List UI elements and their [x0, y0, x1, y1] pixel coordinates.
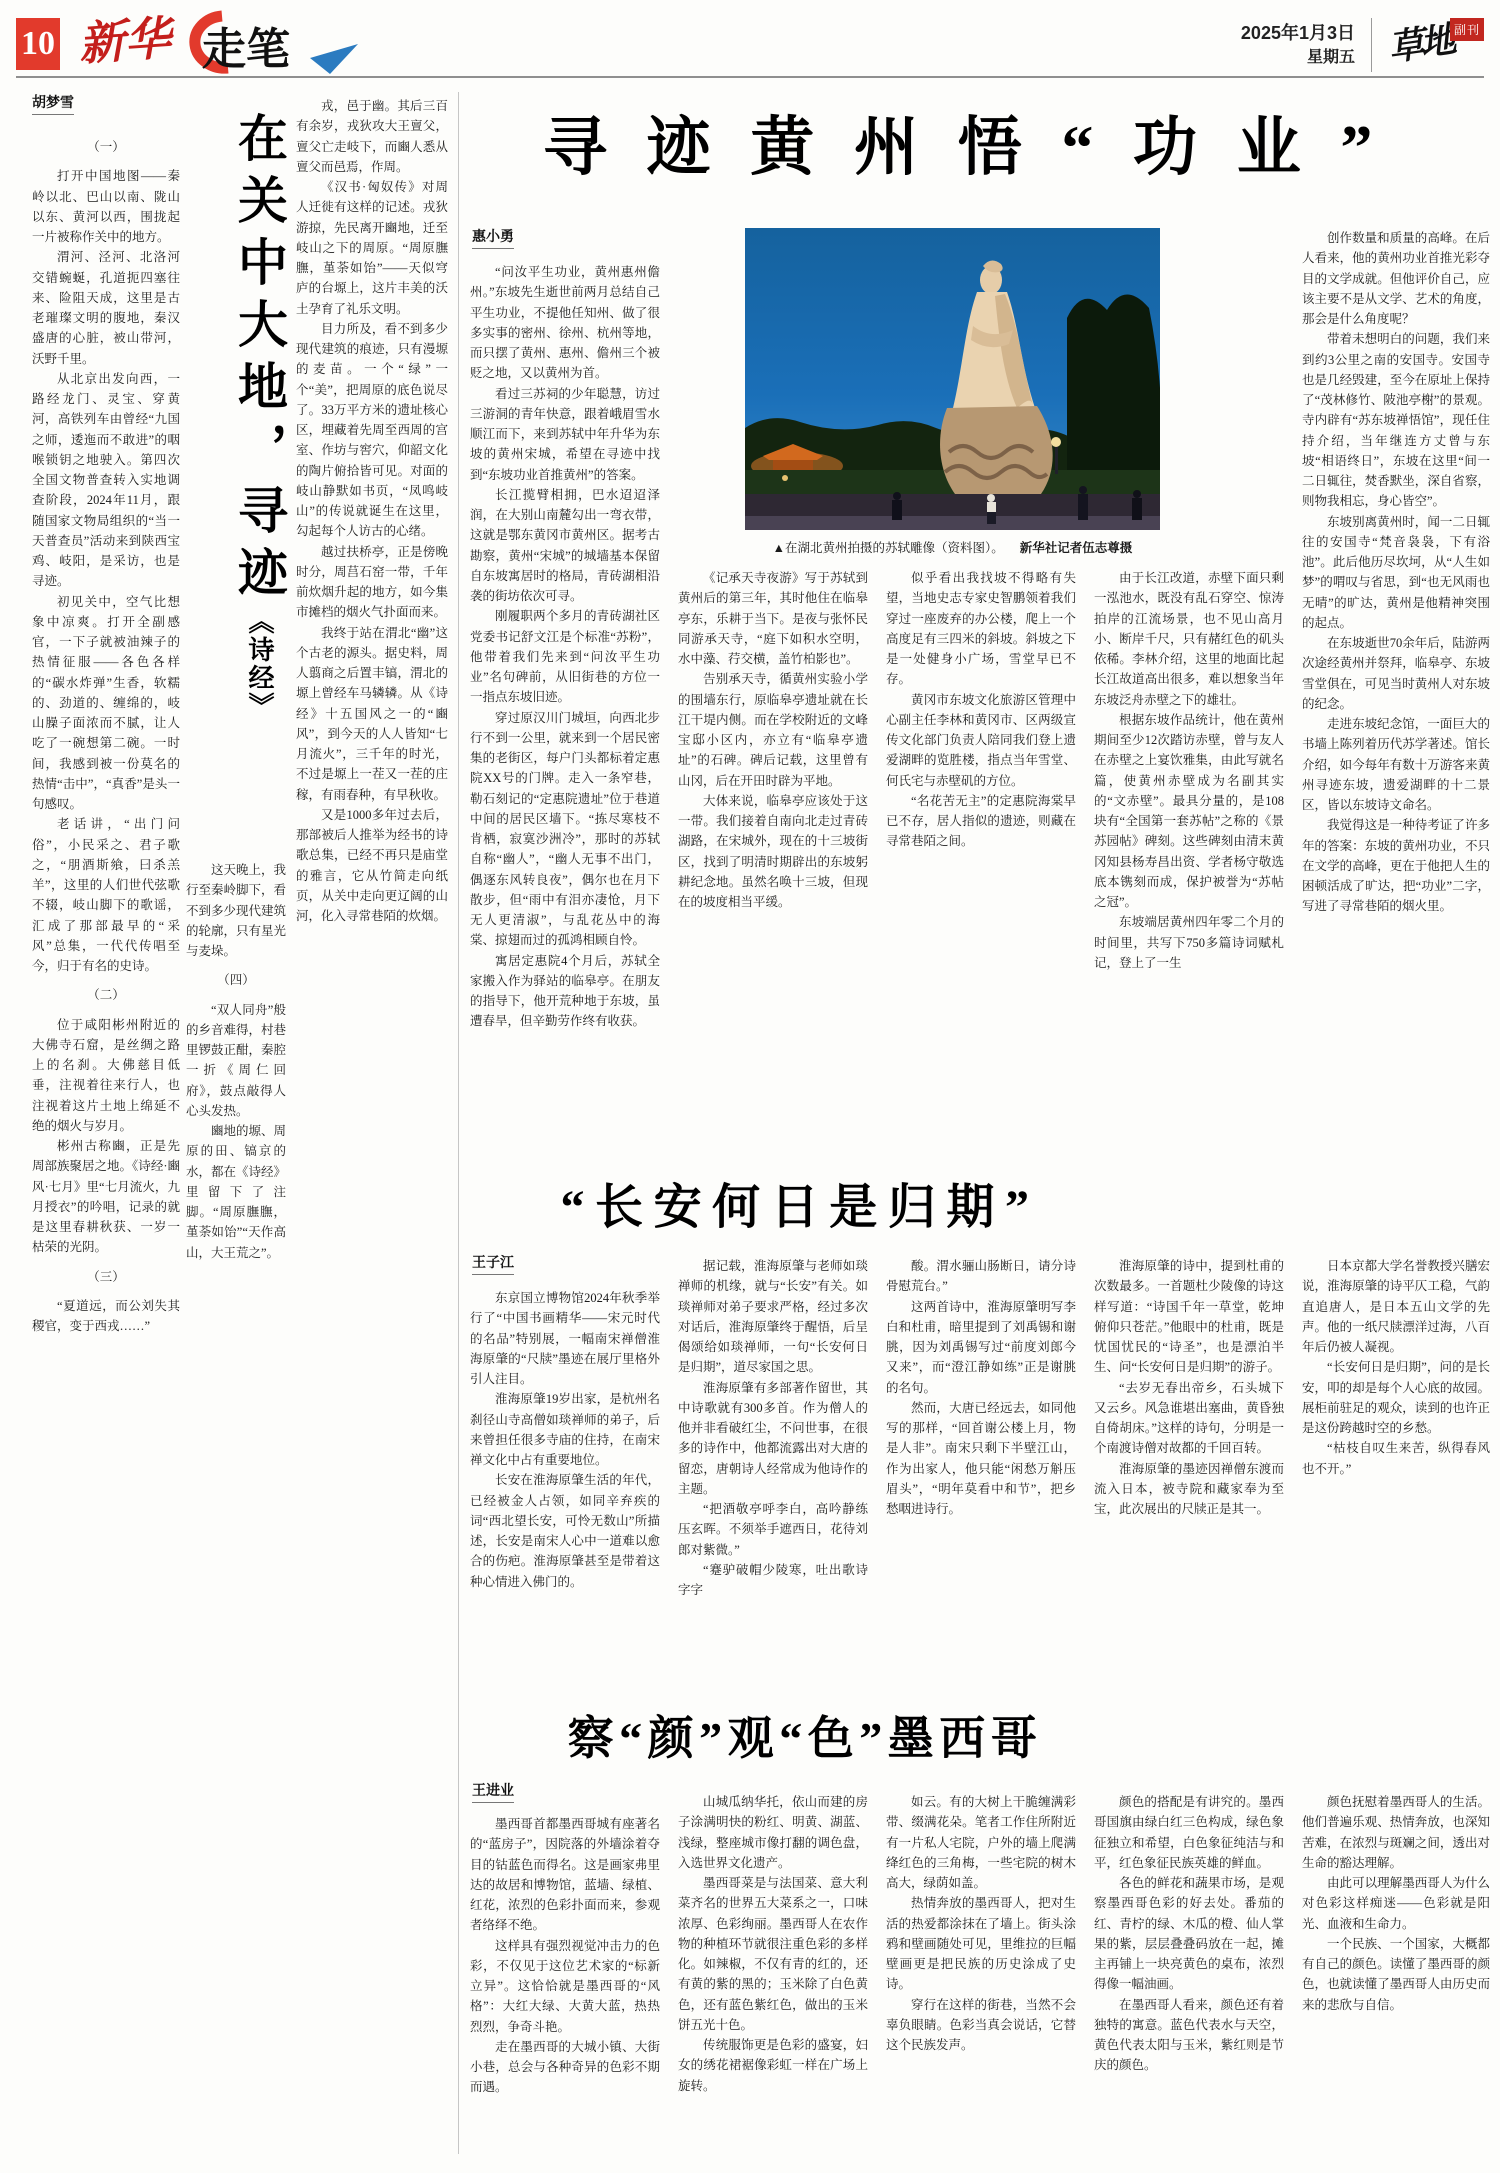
paragraph: 东坡别离黄州时，闻一二日辄往的安国寺“梵音袅袅，下有浴池”。此后他历尽坎坷，从“… — [1302, 512, 1490, 634]
paragraph: 穿过原汉川门城垣，向西北步行不到一公里，就来到一个居民密集的老街区，每户门头都标… — [470, 708, 660, 951]
article-column: 颜色的搭配是有讲究的。墨西哥国旗由绿白红三色构成，绿色象征独立和希望，白色象征纯… — [1094, 1792, 1284, 2152]
page-number-badge: 10 — [16, 18, 60, 70]
article-column: 创作数量和质量的高峰。在后人看来，他的黄州功业首推光彩夺目的文学成就。但他评价自… — [1302, 228, 1490, 1244]
headline-huangzhou: 寻迹黄州悟“功业” — [470, 96, 1485, 188]
article-column: 《记承天寺夜游》写于苏轼到黄州后的第三年，其时他住在临皋亭东，乐耕于当下。是夜与… — [678, 568, 868, 1150]
paragraph: 这天晚上，我行至秦岭脚下，看不到多少现代建筑的轮廓，只有星光与麦垛。 — [186, 860, 286, 961]
paragraph: 淮海原肇的诗中，提到杜甫的次数最多。一首题杜少陵像的诗这样写道：“诗国千年一草堂… — [1094, 1256, 1284, 1378]
weekday-text: 星期五 — [1241, 46, 1355, 69]
article-column: 颜色抚慰着墨西哥人的生活。他们普遍乐观、热情奔放，也深知苦难，在浓烈与斑斓之间，… — [1302, 1792, 1490, 2152]
paragraph: 热情奔放的墨西哥人，把对生活的热爱都涂抹在了墙上。街头涂鸦和壁画随处可见，里维拉… — [886, 1893, 1076, 1994]
masthead-logo: 新华 走笔 — [74, 8, 374, 78]
section-marker: （一） — [32, 137, 180, 157]
section-marker: （四） — [186, 970, 286, 990]
supplement-logo: 草地 副刊 — [1388, 14, 1484, 76]
paragraph: 戎，邑于幽。其后三百有余岁，戎狄攻大王亶父，亶父亡走岐下，而豳人悉从亶父而邑焉，… — [296, 96, 448, 177]
paragraph: 黄冈市东坡文化旅游区管理中心副主任李林和黄冈市、区两级宣传文化部门负责人陪同我们… — [886, 690, 1076, 791]
paragraph: “问汝平生功业，黄州惠州儋州。”东坡先生逝世前两月总结自己平生功业，不提他任知州… — [470, 262, 660, 384]
article-column: “问汝平生功业，黄州惠州儋州。”东坡先生逝世前两月总结自己平生功业，不提他任知州… — [470, 262, 660, 1150]
paragraph: 据记载，淮海原肇与老师如琰禅师的机缘，就与“长安”有关。如琰禅师对弟子要求严格，… — [678, 1256, 868, 1378]
masthead-black-text: 走笔 — [202, 25, 290, 74]
paragraph: 在墨西哥人看来，颜色还有着独特的寓意。蓝色代表水与天空，黄色代表太阳与玉米，紫红… — [1094, 1995, 1284, 2076]
paragraph: 创作数量和质量的高峰。在后人看来，他的黄州功业首推光彩夺目的文学成就。但他评价自… — [1302, 228, 1490, 329]
paragraph: 长江揽臂相拥，巴水迢迢泽润，在大别山南麓勾出一弯衣带，这就是鄂东黄冈市黄州区。据… — [470, 485, 660, 607]
byline-mexico: 王进业 — [472, 1780, 514, 1803]
paragraph: “双人同舟”般的乡音难得，村巷里锣鼓正酣，秦腔一折《周仁回府》，鼓点敲得人心头发… — [186, 1000, 286, 1122]
paragraph: 山城瓜纳华托，依山而建的房子涂满明快的粉红、明黄、湖蓝、浅绿，整座城市像打翻的调… — [678, 1792, 868, 1873]
section-marker: （二） — [32, 985, 180, 1005]
caption-text: ▲在湖北黄州拍摄的苏轼雕像（资料图）。 — [773, 538, 1004, 556]
photo-caption: ▲在湖北黄州拍摄的苏轼雕像（资料图）。 新华社记者伍志尊摄 — [745, 538, 1160, 556]
paragraph: 《记承天寺夜游》写于苏轼到黄州后的第三年，其时他住在临皋亭东，乐耕于当下。是夜与… — [678, 568, 868, 669]
newspaper-page: 10 新华 走笔 2025年1月3日 星期五 草地 副刊 胡梦雪 （一）打开中国… — [0, 0, 1500, 2173]
date-text: 2025年1月3日 — [1241, 20, 1355, 46]
page-header: 10 新华 走笔 2025年1月3日 星期五 草地 副刊 — [16, 12, 1484, 78]
paragraph: 大体来说，临皋亭应该处于这一带。我们接着自南向北走过青砖湖路，在宋城外，现在的十… — [678, 791, 868, 913]
paragraph: 淮海原肇的墨迹因禅僧东渡而流入日本，被寺院和藏家奉为至宝，此次展出的尺牍正是其一… — [1094, 1459, 1284, 1520]
article-column: 由于长江改道，赤壁下面只剩一泓池水，既没有乱石穿空、惊涛拍岸的江流场景，也不见山… — [1094, 568, 1284, 1244]
photo-walkway — [745, 516, 1160, 530]
article-column: 山城瓜纳华托，依山而建的房子涂满明快的粉红、明黄、湖蓝、浅绿，整座城市像打翻的调… — [678, 1792, 868, 2152]
paragraph: 打开中国地图——秦岭以北、巴山以南、陇山以东、黄河以西，围拢起一片被称作关中的地… — [32, 166, 180, 247]
article-column: 如云。有的大树上干脆缠满彩带、缀满花朵。笔者工作住所附近有一片私人宅院，户外的墙… — [886, 1792, 1076, 2152]
paragraph: 目力所及，看不到多少现代建筑的痕迹，只有漫塬的麦苗。一个“绿”一个“美”，把周原… — [296, 319, 448, 542]
article-column: 酸。渭水骊山肠断日，请分诗骨慰荒台。”这两首诗中，淮海原肇明写李白和杜甫，暗里提… — [886, 1256, 1076, 1684]
paragraph: 带着未想明白的问题，我们来到约3公里之南的安国寺。安国寺也是几经毁建，至今在原址… — [1302, 329, 1490, 511]
paragraph: 走进东坡纪念馆，一面巨大的书墙上陈列着历代苏学著述。馆长介绍，如今每年有数十万游… — [1302, 714, 1490, 815]
paragraph: “蹇驴破帽少陵寒，吐出歌诗字字 — [678, 1560, 868, 1601]
paragraph: 位于咸阳彬州附近的大佛寺石窟，是丝绸之路上的名刹。大佛慈目低垂，注视着往来行人，… — [32, 1015, 180, 1137]
article-column: 戎，邑于幽。其后三百有余岁，戎狄攻大王亶父，亶父亡走岐下，而豳人悉从亶父而邑焉，… — [296, 96, 448, 2150]
left-title-book: 《诗经》 — [245, 608, 274, 720]
su-shi-statue-photo — [745, 228, 1160, 530]
paragraph: 淮海原肇有多部著作留世，其中诗歌就有300多首。作为僧人的他并非看破红尘，不问世… — [678, 1378, 868, 1500]
paragraph: “名花苦无主”的定惠院海棠早已不存，居人指似的遗迹，则藏在寻常巷陌之间。 — [886, 791, 1076, 852]
header-right: 2025年1月3日 星期五 草地 副刊 — [1241, 14, 1484, 76]
masthead-red-text: 新华 — [77, 12, 178, 70]
paragraph: 刚履职两个多月的青砖湖社区党委书记舒文江是个标准“苏粉”，他带着我们先来到“问汝… — [470, 606, 660, 707]
paragraph: “把酒敬亭呼李白，高吟静练压玄晖。不须举手遮西日，花待刘郎对紫微。” — [678, 1499, 868, 1560]
paragraph: 似乎看出我找坡不得略有失望，当地史志专家史智鹏领着我们穿过一座废弃的办公楼，爬上… — [886, 568, 1076, 690]
paragraph: 看过三苏祠的少年聪慧，访过三游洞的青年快意，跟着峨眉雪水顺江而下，来到苏轼中年升… — [470, 384, 660, 485]
article-column: 东京国立博物馆2024年秋季举行了“中国书画精华——宋元时代的名品”特别展，一幅… — [470, 1288, 660, 1684]
paragraph: 传统服饰更是色彩的盛宴，妇女的绣花裙裾像彩虹一样在广场上旋转。 — [678, 2035, 868, 2096]
headline-changan: “长安何日是归期” — [470, 1168, 1130, 1237]
article-column: 据记载，淮海原肇与老师如琰禅师的机缘，就与“长安”有关。如琰禅师对弟子要求严格，… — [678, 1256, 868, 1684]
paragraph: 在东坡逝世70余年后，陆游两次途经黄州并祭拜，临皋亭、东坡雪堂俱在，可见当时黄州… — [1302, 633, 1490, 714]
caption-credit: 新华社记者伍志尊摄 — [1020, 538, 1133, 556]
paragraph: “长安何日是归期”，问的是长安，叩的却是每个人心底的故园。展柜前驻足的观众，读到… — [1302, 1357, 1490, 1438]
paragraph: 淮海原肇19岁出家，是杭州名刹径山寺高僧如琰禅师的弟子，后来曾担任很多寺庙的住持… — [470, 1389, 660, 1470]
paragraph: 越过扶桥亭，正是傍晚时分，周莒石窑一带，千年前炊烟升起的地方，如今集市摊档的烟火… — [296, 542, 448, 623]
paragraph: 酸。渭水骊山肠断日，请分诗骨慰荒台。” — [886, 1256, 1076, 1297]
paragraph: 我觉得这是一种待考证了许多年的答案：东坡的黄州功业，不只在文学的高峰，更在于他把… — [1302, 815, 1490, 916]
byline-changan: 王子江 — [472, 1252, 514, 1275]
paragraph: 由于长江改道，赤壁下面只剩一泓池水，既没有乱石穿空、惊涛拍岸的江流场景，也不见山… — [1094, 568, 1284, 710]
paragraph: 《汉书·匈奴传》对周人迁徙有这样的记述。戎狄游掠，先民离开豳地，迁至岐山之下的周… — [296, 177, 448, 319]
paragraph: 颜色抚慰着墨西哥人的生活。他们普遍乐观、热情奔放，也深知苦难，在浓烈与斑斓之间，… — [1302, 1792, 1490, 1873]
article-column: 这天晚上，我行至秦岭脚下，看不到多少现代建筑的轮廓，只有星光与麦垛。（四）“双人… — [186, 860, 286, 2150]
section-marker: （三） — [32, 1267, 180, 1287]
article-column: 墨西哥首都墨西哥城有座著名的“蓝房子”，因院落的外墙涂着夺目的钴蓝色而得名。这是… — [470, 1814, 660, 2152]
paragraph: 穿行在这样的街巷，当然不会辜负眼睛。色彩当真会说话，它替这个民族发声。 — [886, 1995, 1076, 2056]
supplement-tag-badge: 副刊 — [1450, 18, 1484, 41]
left-section-divider — [458, 92, 459, 2154]
byline-huangzhou: 惠小勇 — [472, 226, 514, 249]
paragraph: 颜色的搭配是有讲究的。墨西哥国旗由绿白红三色构成，绿色象征独立和希望，白色象征纯… — [1094, 1792, 1284, 1873]
blue-brush-icon — [310, 44, 358, 74]
paragraph: 走在墨西哥的大城小镇、大街小巷，总会与各种奇异的色彩不期而遇。 — [470, 2037, 660, 2098]
paragraph: 我终于站在渭北“幽”这个古老的源头。据史料，周人翦商之后置丰镐，渭北的塬上曾经车… — [296, 623, 448, 805]
paragraph: 告别承天寺，循黄州实验小学的围墙东行，原临皋亭遗址就在长江干堤内侧。而在学校附近… — [678, 669, 868, 791]
paragraph: 东京国立博物馆2024年秋季举行了“中国书画精华——宋元时代的名品”特别展，一幅… — [470, 1288, 660, 1389]
paragraph: 老话讲，“出门问俗”，小民采之、君子歌之，“朋酒斯飨，曰杀羔羊”，这里的人们世代… — [32, 814, 180, 976]
paragraph: 渭河、泾河、北洛河交错蜿蜒，孔道扼四塞往来、险阻天成，这里是古老璀璨文明的腹地，… — [32, 247, 180, 369]
byline-left-article: 胡梦雪 — [32, 92, 74, 115]
paragraph: 初见关中，空气比想象中凉爽。打开全副感官，一下子就被油辣子的热情征服——各色各样… — [32, 592, 180, 815]
paragraph: 各色的鲜花和蔬果市场，是观察墨西哥色彩的好去处。番茄的红、青柠的绿、木瓜的橙、仙… — [1094, 1873, 1284, 1995]
left-title-main: 在关中大地，寻迹 — [231, 112, 287, 608]
paragraph: 由此可以理解墨西哥人为什么对色彩这样痴迷——色彩就是阳光、血液和生命力。 — [1302, 1873, 1490, 1934]
paragraph: 一个民族、一个国家，大概都有自己的颜色。读懂了墨西哥的颜色，也就读懂了墨西哥人由… — [1302, 1934, 1490, 2015]
paragraph: 寓居定惠院4个月后，苏轼全家搬入作为驿站的临皋亭。在朋友的指导下，他开荒种地于东… — [470, 951, 660, 1032]
paragraph: 然而，大唐已经远去，如同他写的那样，“回首谢公楼上月，物是人非”。南宋只剩下半壁… — [886, 1398, 1076, 1520]
paragraph: 又是1000多年过去后，那部被后人推举为经书的诗歌总集，已经不再只是庙堂的雅言，… — [296, 805, 448, 927]
paragraph: 根据东坡作品统计，他在黄州期间至少12次踏访赤壁，曾与友人在赤壁之上宴饮雅集，由… — [1094, 710, 1284, 913]
left-article-title-vertical: 在关中大地，寻迹《诗经》 — [188, 112, 284, 832]
header-divider — [1371, 18, 1372, 72]
paragraph: 如云。有的大树上干脆缠满彩带、缀满花朵。笔者工作住所附近有一片私人宅院，户外的墙… — [886, 1792, 1076, 1893]
paragraph: 从北京出发向西，一路经龙门、灵宝、穿黄河，高铁列车由曾经“九国之师，逶迤而不敢进… — [32, 369, 180, 592]
article-column: （一）打开中国地图——秦岭以北、巴山以南、陇山以东、黄河以西，围拢起一片被称作关… — [32, 128, 180, 2158]
paragraph: 东坡端居黄州四年零二个月的时间里，共写下750多篇诗词赋札记，登上了一生 — [1094, 912, 1284, 973]
paragraph: “去岁无春出帝乡，石头城下又云乡。风急谁堪出塞曲，黄昏独自倚胡床。”这样的诗句，… — [1094, 1378, 1284, 1459]
article-column: 似乎看出我找坡不得略有失望，当地史志专家史智鹏领着我们穿过一座废弃的办公楼，爬上… — [886, 568, 1076, 1150]
supplement-name: 草地 — [1385, 12, 1455, 71]
paragraph: “夏道远，而公刘失其稷官，变于西戎……” — [32, 1296, 180, 1337]
paragraph: 长安在淮海原肇生活的年代，已经被金人占领，如同辛弃疾的词“西北望长安，可怜无数山… — [470, 1470, 660, 1592]
paragraph: 墨西哥首都墨西哥城有座著名的“蓝房子”，因院落的外墙涂着夺目的钴蓝色而得名。这是… — [470, 1814, 660, 1936]
paragraph: 墨西哥菜是与法国菜、意大利菜齐名的世界五大菜系之一，口味浓厚、色彩绚丽。墨西哥人… — [678, 1873, 868, 2035]
paragraph: 日本京都大学名誉教授兴膳宏说，淮海原肇的诗平仄工稳，气韵直追唐人，是日本五山文学… — [1302, 1256, 1490, 1357]
article-column: 日本京都大学名誉教授兴膳宏说，淮海原肇的诗平仄工稳，气韵直追唐人，是日本五山文学… — [1302, 1256, 1490, 1780]
date-block: 2025年1月3日 星期五 — [1241, 20, 1355, 69]
paragraph: 豳地的塬、周原的田、镐京的水，都在《诗经》里留下了注脚。“周原膴膴，堇荼如饴”“… — [186, 1121, 286, 1263]
paragraph: 这两首诗中，淮海原肇明写李白和杜甫，暗里提到了刘禹锡和谢朓，因为刘禹锡写过“前度… — [886, 1297, 1076, 1398]
paragraph: 这样具有强烈视觉冲击力的色彩，不仅见于这位艺术家的“标新立异”。这恰恰就是墨西哥… — [470, 1936, 660, 2037]
paragraph: 彬州古称豳，正是先周部族聚居之地。《诗经·豳风·七月》里“七月流火，九月授衣”的… — [32, 1136, 180, 1258]
paragraph: “枯枝自叹生来苦，纵得春风也不开。” — [1302, 1438, 1490, 1479]
headline-mexico: 察“颜”观“色”墨西哥 — [480, 1702, 1130, 1768]
